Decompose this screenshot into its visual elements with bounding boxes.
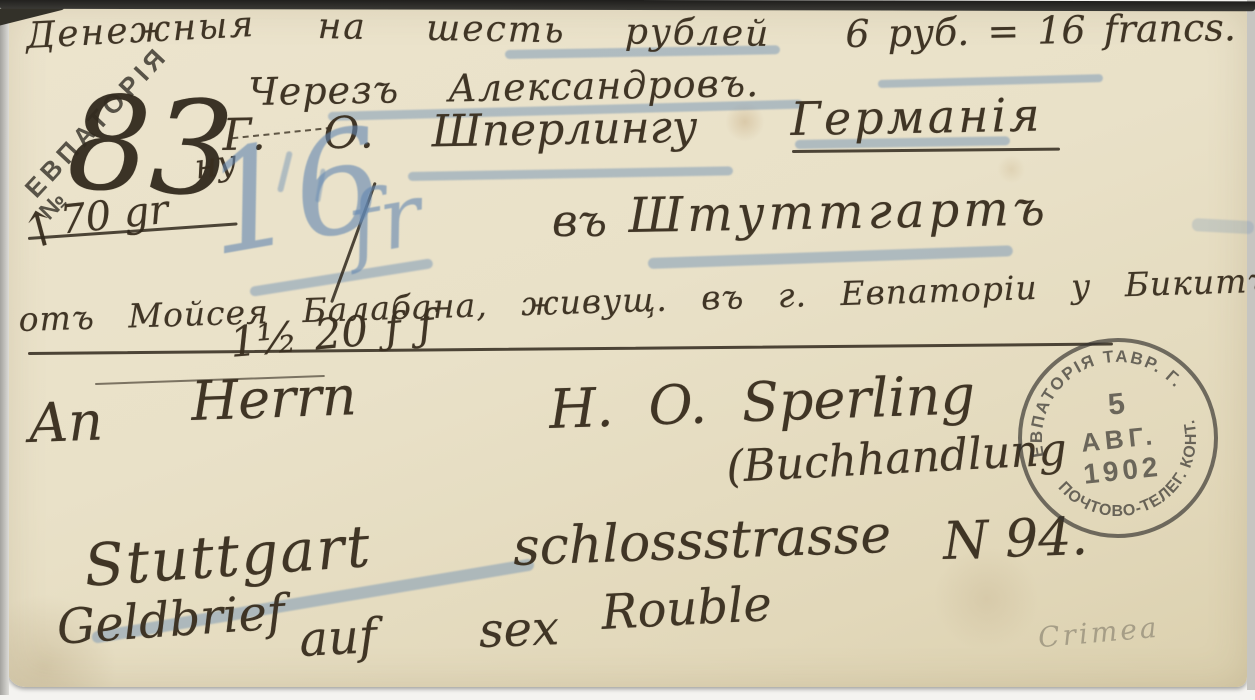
scan-right-margin bbox=[1247, 0, 1255, 690]
country-russian: Германія bbox=[790, 88, 1043, 146]
address-herrn: Herrn bbox=[190, 364, 358, 433]
bottom-note-sex: sex bbox=[478, 600, 560, 659]
postmark-evpatoria: ЕВПАТОРІЯ ТАВР. Г. ПОЧТОВО-ТЕЛЕГ. КОНТ. … bbox=[1003, 328, 1235, 554]
money-note-conversion: 6 руб. = 16 francs. bbox=[845, 5, 1236, 56]
city-russian-prefix: въ bbox=[552, 196, 607, 247]
envelope-scan: Денежныя на шесть рублей 6 руб. = 16 fra… bbox=[0, 0, 1255, 700]
address-an: An bbox=[28, 389, 104, 455]
bottom-note-auf: auf bbox=[298, 608, 378, 668]
money-note-word2: на шесть рублей bbox=[317, 6, 770, 55]
bottom-note-rouble: Rouble bbox=[600, 576, 773, 641]
city-russian: Штуттгартъ bbox=[628, 181, 1049, 244]
scan-left-margin bbox=[0, 0, 9, 695]
postmark-day: 5 bbox=[1106, 387, 1128, 422]
